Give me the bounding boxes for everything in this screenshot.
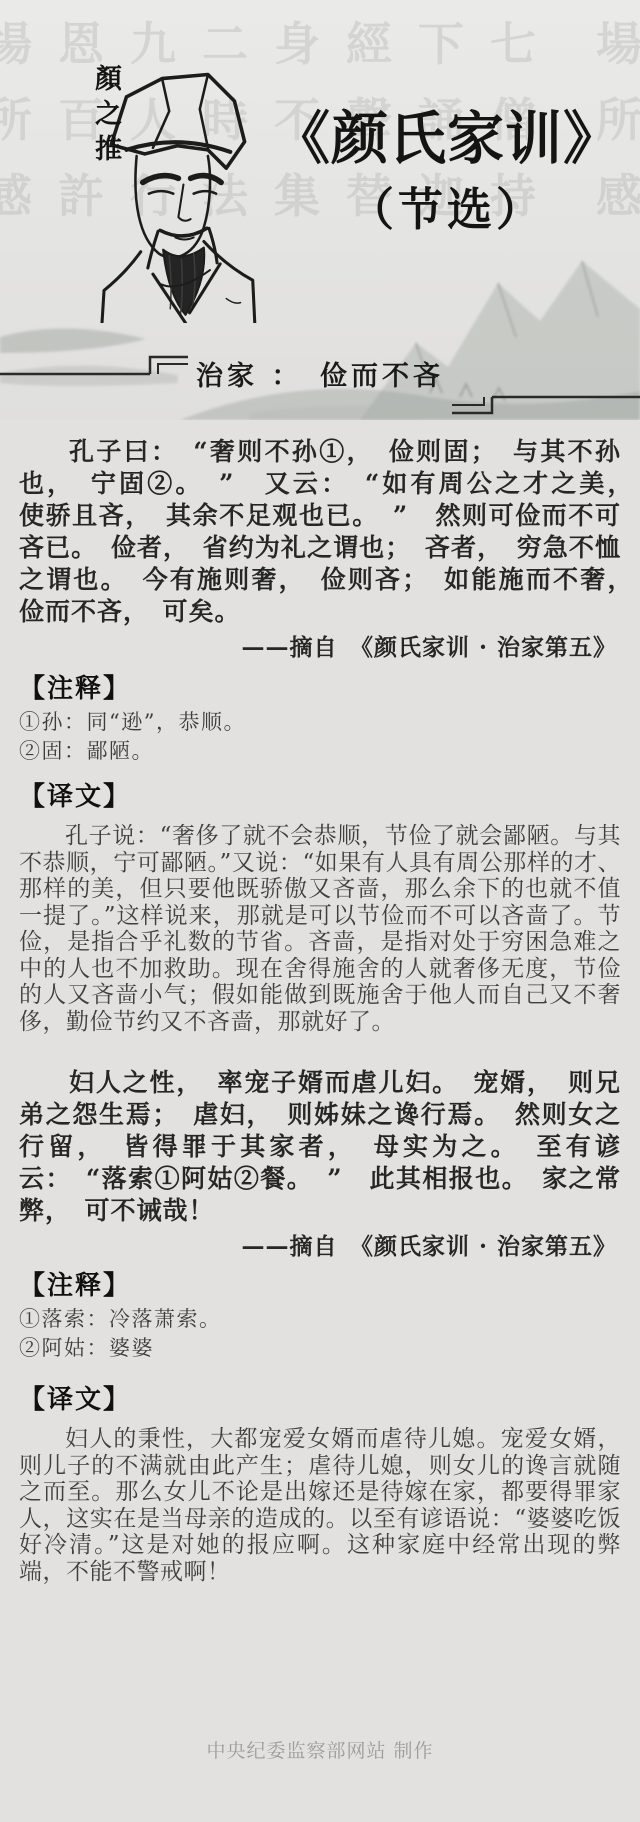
classical-text: 孔子曰： “奢则不孙①， 俭则固； 与其不孙也， 宁固②。 ” 又云： “如有周…	[19, 436, 621, 628]
translation-heading: 【译文】	[19, 779, 621, 815]
translation-text: 妇人的秉性，大都宠爱女婿而虐待儿媳。宠爱女婿，则儿子的不满就由此产生；虐待儿媳，…	[19, 1426, 621, 1585]
source-attribution: ——摘自 《颜氏家训 · 治家第五》	[19, 632, 617, 663]
page-title: 《颜氏家训》	[262, 104, 632, 174]
corner-bracket-decoration	[0, 345, 640, 417]
note-item: ①落索：冷落萧索。	[19, 1306, 621, 1333]
notes-heading: 【注释】	[19, 1268, 621, 1304]
source-attribution: ——摘自 《颜氏家训 · 治家第五》	[19, 1231, 617, 1262]
classical-text: 妇人之性， 率宠子婿而虐儿妇。 宠婿， 则兄弟之怨生焉； 虐妇， 则姊妹之谗行焉…	[19, 1067, 621, 1227]
note-item: ②阿姑：婆婆	[19, 1335, 621, 1362]
note-item: ①孙：同“逊”，恭顺。	[19, 709, 621, 736]
translation-text: 孔子说：“奢侈了就不会恭顺，节俭了就会鄙陋。与其不恭顺，宁可鄙陋。”又说：“如果…	[19, 823, 621, 1035]
page-subtitle: （节选）	[262, 180, 632, 240]
note-item: ②固：鄙陋。	[19, 738, 621, 765]
yan-zhitui-portrait	[52, 48, 262, 323]
producer-credit: 中央纪委监察部网站 制作	[0, 1736, 640, 1763]
portrait-caption: 顏之推	[86, 64, 125, 169]
title-block: 《颜氏家训》 （节选）	[262, 104, 632, 240]
notes-heading: 【注释】	[19, 671, 621, 707]
article-page: 場恩九二身經下七場恩九二身經下七 所百人時不聲誦僧所百人時不聲誦僧 感許行法集替…	[0, 0, 640, 1822]
translation-heading: 【译文】	[19, 1382, 621, 1418]
section-title-bar: 治家 ： 俭而不吝	[0, 345, 640, 417]
article-body: 孔子曰： “奢则不孙①， 俭则固； 与其不孙也， 宁固②。 ” 又云： “如有周…	[0, 420, 640, 1585]
